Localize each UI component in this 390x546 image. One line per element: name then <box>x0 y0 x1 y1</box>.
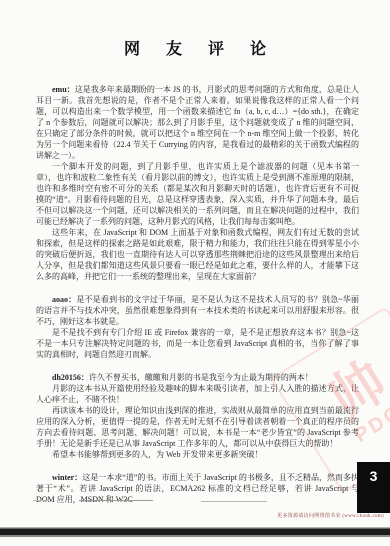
comment-paragraph: 希望本书能够帮到更多的人，为 Web 开发带来更多新突破！ <box>36 449 359 460</box>
comment-paragraph: 这些年来，在 JavaScript 和 DOM 上面基于对象和函数式编程，网友们… <box>36 227 359 282</box>
comment-paragraph: 再读该本书的设计，理论知识由浅到深的推进，实战则从最简单的应用直到当前最流行应用… <box>36 405 359 449</box>
commenter-name: dh20156： <box>52 373 89 382</box>
commenter-name: aoao： <box>52 295 76 304</box>
comment-paragraph: aoao：是不是看到书的文字过于华丽，是不是认为这不是技术人员写的书？别急~华丽… <box>36 294 359 327</box>
comment-text: 月影的这本书从开篇使用经验及趣味的脚本来吸引读者，加上引人入胜的描述方式，让人心… <box>36 384 359 404</box>
comment-text: 许久不曾买书，皦皦和月影的书是我至今为止最为期待的两本！ <box>89 373 313 382</box>
comment-block-emu: emu：这是我多年来最期盼的一本 JS 的书，月影式的思考问题的方式和角度，总是… <box>36 84 359 282</box>
comment-text: 再读该本书的设计，理论知识由浅到深的推进，实战则从最简单的应用直到当前最流行应用… <box>36 406 359 448</box>
comment-text: 是不是找不到有专门介绍 IE 或 Firefox 兼容的一章，是不是正想放弃这本… <box>36 328 359 359</box>
comment-paragraph: 是不是找不到有专门介绍 IE 或 Firefox 兼容的一章，是不是正想放弃这本… <box>36 327 359 360</box>
comment-text: 这些年来，在 JavaScript 和 DOM 上面基于对象和函数式编程，网友们… <box>36 228 359 281</box>
commenter-name: winter： <box>52 473 82 482</box>
comment-text: 是不是看到书的文字过于华丽，是不是认为这不是技术人员写的书？别急~华丽的语言并不… <box>36 295 359 326</box>
page-bottom-edge <box>0 527 390 537</box>
comment-text: 希望本书能够帮到更多的人，为 Web 开发带来更多新突破！ <box>52 450 262 459</box>
book-page: 网 友 评 论 emu：这是我多年来最期盼的一本 JS 的书，月影式的思考问题的… <box>0 0 390 546</box>
page-title: 网 友 评 论 <box>0 36 390 59</box>
page-number-tab: 3 <box>357 462 390 513</box>
comment-paragraph: dh20156：许久不曾买书，皦皦和月影的书是我至今为止最为期待的两本！ <box>36 372 359 383</box>
comment-text: 一个脚本开发的问题，到了月影手里，也许实质上是个滤波器的问题（见本书第一章），也… <box>36 162 359 226</box>
comments-body: emu：这是我多年来最期盼的一本 JS 的书，月影式的思考问题的方式和角度，总是… <box>36 84 359 505</box>
comment-paragraph: 一个脚本开发的问题，到了月影手里，也许实质上是个滤波器的问题（见本书第一章），也… <box>36 161 359 227</box>
comment-block-dh20156: dh20156：许久不曾买书，皦皦和月影的书是我至今为止最为期待的两本！ 月影的… <box>36 372 359 460</box>
page-number: 3 <box>370 468 378 484</box>
scan-artifact-line <box>201 501 267 502</box>
comment-text: 这是我多年来最期盼的一本 JS 的书，月影式的思考问题的方式和角度，总是让人耳目… <box>36 85 359 160</box>
commenter-name: emu： <box>52 85 75 94</box>
footer-watermark: 更多资源请访问网络图书室 (www.chook.com) <box>277 513 384 520</box>
comment-block-aoao: aoao：是不是看到书的文字过于华丽，是不是认为这不是技术人员写的书？别急~华丽… <box>36 294 359 360</box>
comment-paragraph: emu：这是我多年来最期盼的一本 JS 的书，月影式的思考问题的方式和角度，总是… <box>36 84 359 161</box>
scan-artifact-line <box>79 500 153 501</box>
scan-artifact-line <box>33 500 49 501</box>
comment-paragraph: 月影的这本书从开篇使用经验及趣味的脚本来吸引读者，加上引人入胜的描述方式，让人心… <box>36 383 359 405</box>
